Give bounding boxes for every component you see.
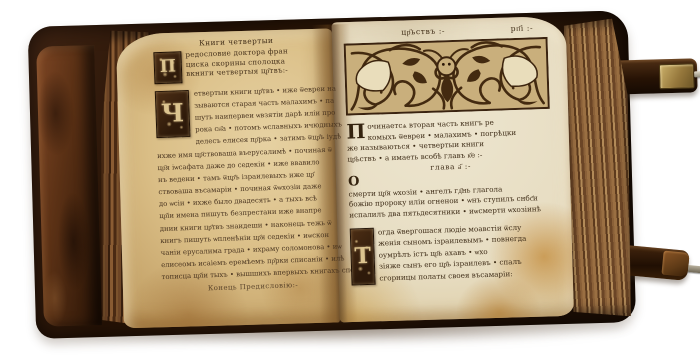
photo-old-book: Книги четвертыи П редословие доктора фра… bbox=[0, 0, 700, 360]
paragraph-1-lines: очинаетсѧ вторая часть книгъ рекомыхъ ѿе… bbox=[346, 116, 553, 164]
left-page-body: Ч етвертыи книги цр҃твъ • иже ѿевреи наз… bbox=[155, 82, 344, 283]
paragraph-3-lines: огда ѿвергошася людіе моавстіи ѿслуженія… bbox=[350, 221, 558, 285]
woodcut-initial-t: Т bbox=[350, 228, 376, 286]
woodcut-initial-heading: П bbox=[153, 51, 182, 84]
bottom-strap-tip bbox=[661, 251, 689, 277]
right-paragraph-2: О смерти цр҃я ѡхозіи • ангелъ гд҃нь глаг… bbox=[348, 171, 555, 220]
paragraph-2-lines: смерти цр҃я ѡхозіи • ангелъ гд҃нь глагол… bbox=[348, 183, 541, 221]
folio-number: рп҃і :- bbox=[511, 23, 534, 34]
right-paragraph-1: П очинаетсѧ вторая часть книгъ рекомыхъ … bbox=[346, 116, 553, 164]
running-title: цр҃ьствъ :- bbox=[401, 26, 445, 38]
right-paragraph-3: Т огда ѿвергошася людіе моавстіи ѿслужен… bbox=[350, 221, 558, 285]
left-board-leather bbox=[36, 45, 102, 327]
left-heading-lines: редословие доктора франциска скорины спо… bbox=[185, 46, 289, 79]
drop-cap-p: П bbox=[346, 122, 365, 141]
woodcut-initial-drop-cap: Ч bbox=[155, 90, 191, 138]
left-page-text: Книги четвертыи П редословие доктора фра… bbox=[153, 34, 344, 297]
bottom-strap-metal-pin bbox=[688, 265, 700, 273]
left-body-lines: делесъ елисея пр҃рка • затимъ ѿцр҃ъ іудѣ… bbox=[156, 131, 343, 283]
drop-cap-o: О bbox=[348, 175, 360, 190]
right-page-text: цр҃ьствъ :- рп҃і :- bbox=[343, 23, 557, 286]
headpiece-woodcut-ornament bbox=[344, 37, 550, 116]
left-heading-block: П редословие доктора франциска скорины с… bbox=[153, 44, 336, 84]
top-strap-metal-pin bbox=[694, 71, 700, 77]
top-strap-brass-plate bbox=[659, 63, 695, 89]
open-book: Книги четвертыи П редословие доктора фра… bbox=[7, 0, 693, 360]
